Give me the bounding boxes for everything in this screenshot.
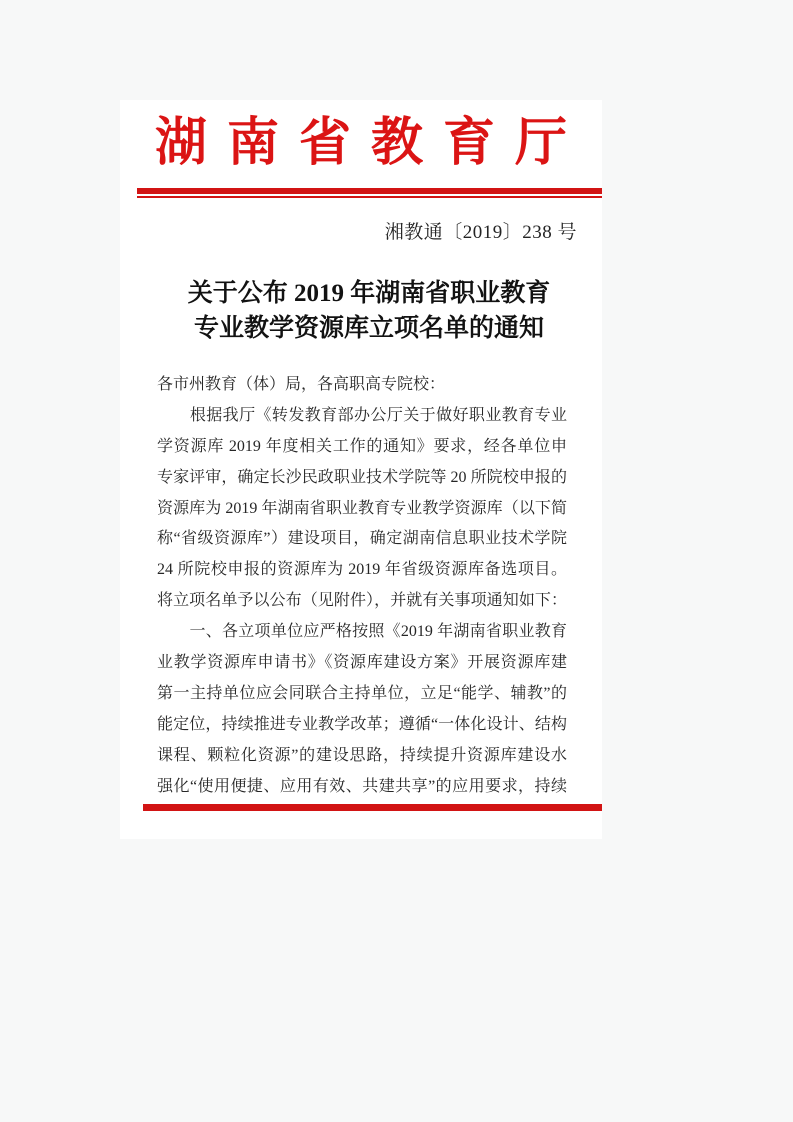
body-line: 第一主持单位应会同联合主持单位，立足“能学、辅教”的功 — [157, 679, 567, 710]
body-line: 课程、颗粒化资源”的建设思路，持续提升资源库建设水平； — [157, 741, 567, 772]
title-line-1: 关于公布 2019 年湖南省职业教育 — [150, 276, 588, 311]
body-line: 资源库为 2019 年湖南省职业教育专业教学资源库（以下简 — [157, 494, 567, 525]
body-line: 强化“使用便捷、应用有效、共建共享”的应用要求，持续完 — [157, 772, 567, 803]
title-line-2: 专业教学资源库立项名单的通知 — [150, 311, 588, 346]
header-divider-thin — [137, 196, 602, 198]
body-line: 称“省级资源库”）建设项目，确定湖南信息职业技术学院等 — [157, 524, 567, 555]
body-line: 24 所院校申报的资源库为 2019 年省级资源库备选项目。现 — [157, 555, 567, 586]
header-divider-thick — [137, 188, 602, 194]
agency-name: 湖南省教育厅 — [120, 108, 602, 180]
body-line: 学资源库 2019 年度相关工作的通知》要求，经各单位申报、 — [157, 432, 567, 463]
body-line: 一、各立项单位应严格按照《2019 年湖南省职业教育专 — [157, 617, 567, 648]
body-line: 各市州教育（体）局，各高职高专院校： — [157, 370, 567, 401]
body-line: 将立项名单予以公布（见附件），并就有关事项通知如下： — [157, 586, 567, 617]
footer-divider — [143, 804, 602, 811]
body-line: 根据我厅《转发教育部办公厅关于做好职业教育专业教 — [157, 401, 567, 432]
body-line: 能定位，持续推进专业教学改革；遵循“一体化设计、结构化 — [157, 710, 567, 741]
document-page: 湖南省教育厅 湘教通〔2019〕238 号 关于公布 2019 年湖南省职业教育… — [120, 100, 602, 839]
document-body: 各市州教育（体）局，各高职高专院校： 根据我厅《转发教育部办公厅关于做好职业教育… — [157, 370, 567, 802]
body-line: 业教学资源库申请书》《资源库建设方案》开展资源库建设。 — [157, 648, 567, 679]
viewer-background: 湖南省教育厅 湘教通〔2019〕238 号 关于公布 2019 年湖南省职业教育… — [0, 0, 793, 1122]
document-title: 关于公布 2019 年湖南省职业教育 专业教学资源库立项名单的通知 — [150, 276, 588, 346]
document-number: 湘教通〔2019〕238 号 — [385, 221, 577, 245]
body-line: 专家评审，确定长沙民政职业技术学院等 20 所院校申报的 — [157, 463, 567, 494]
